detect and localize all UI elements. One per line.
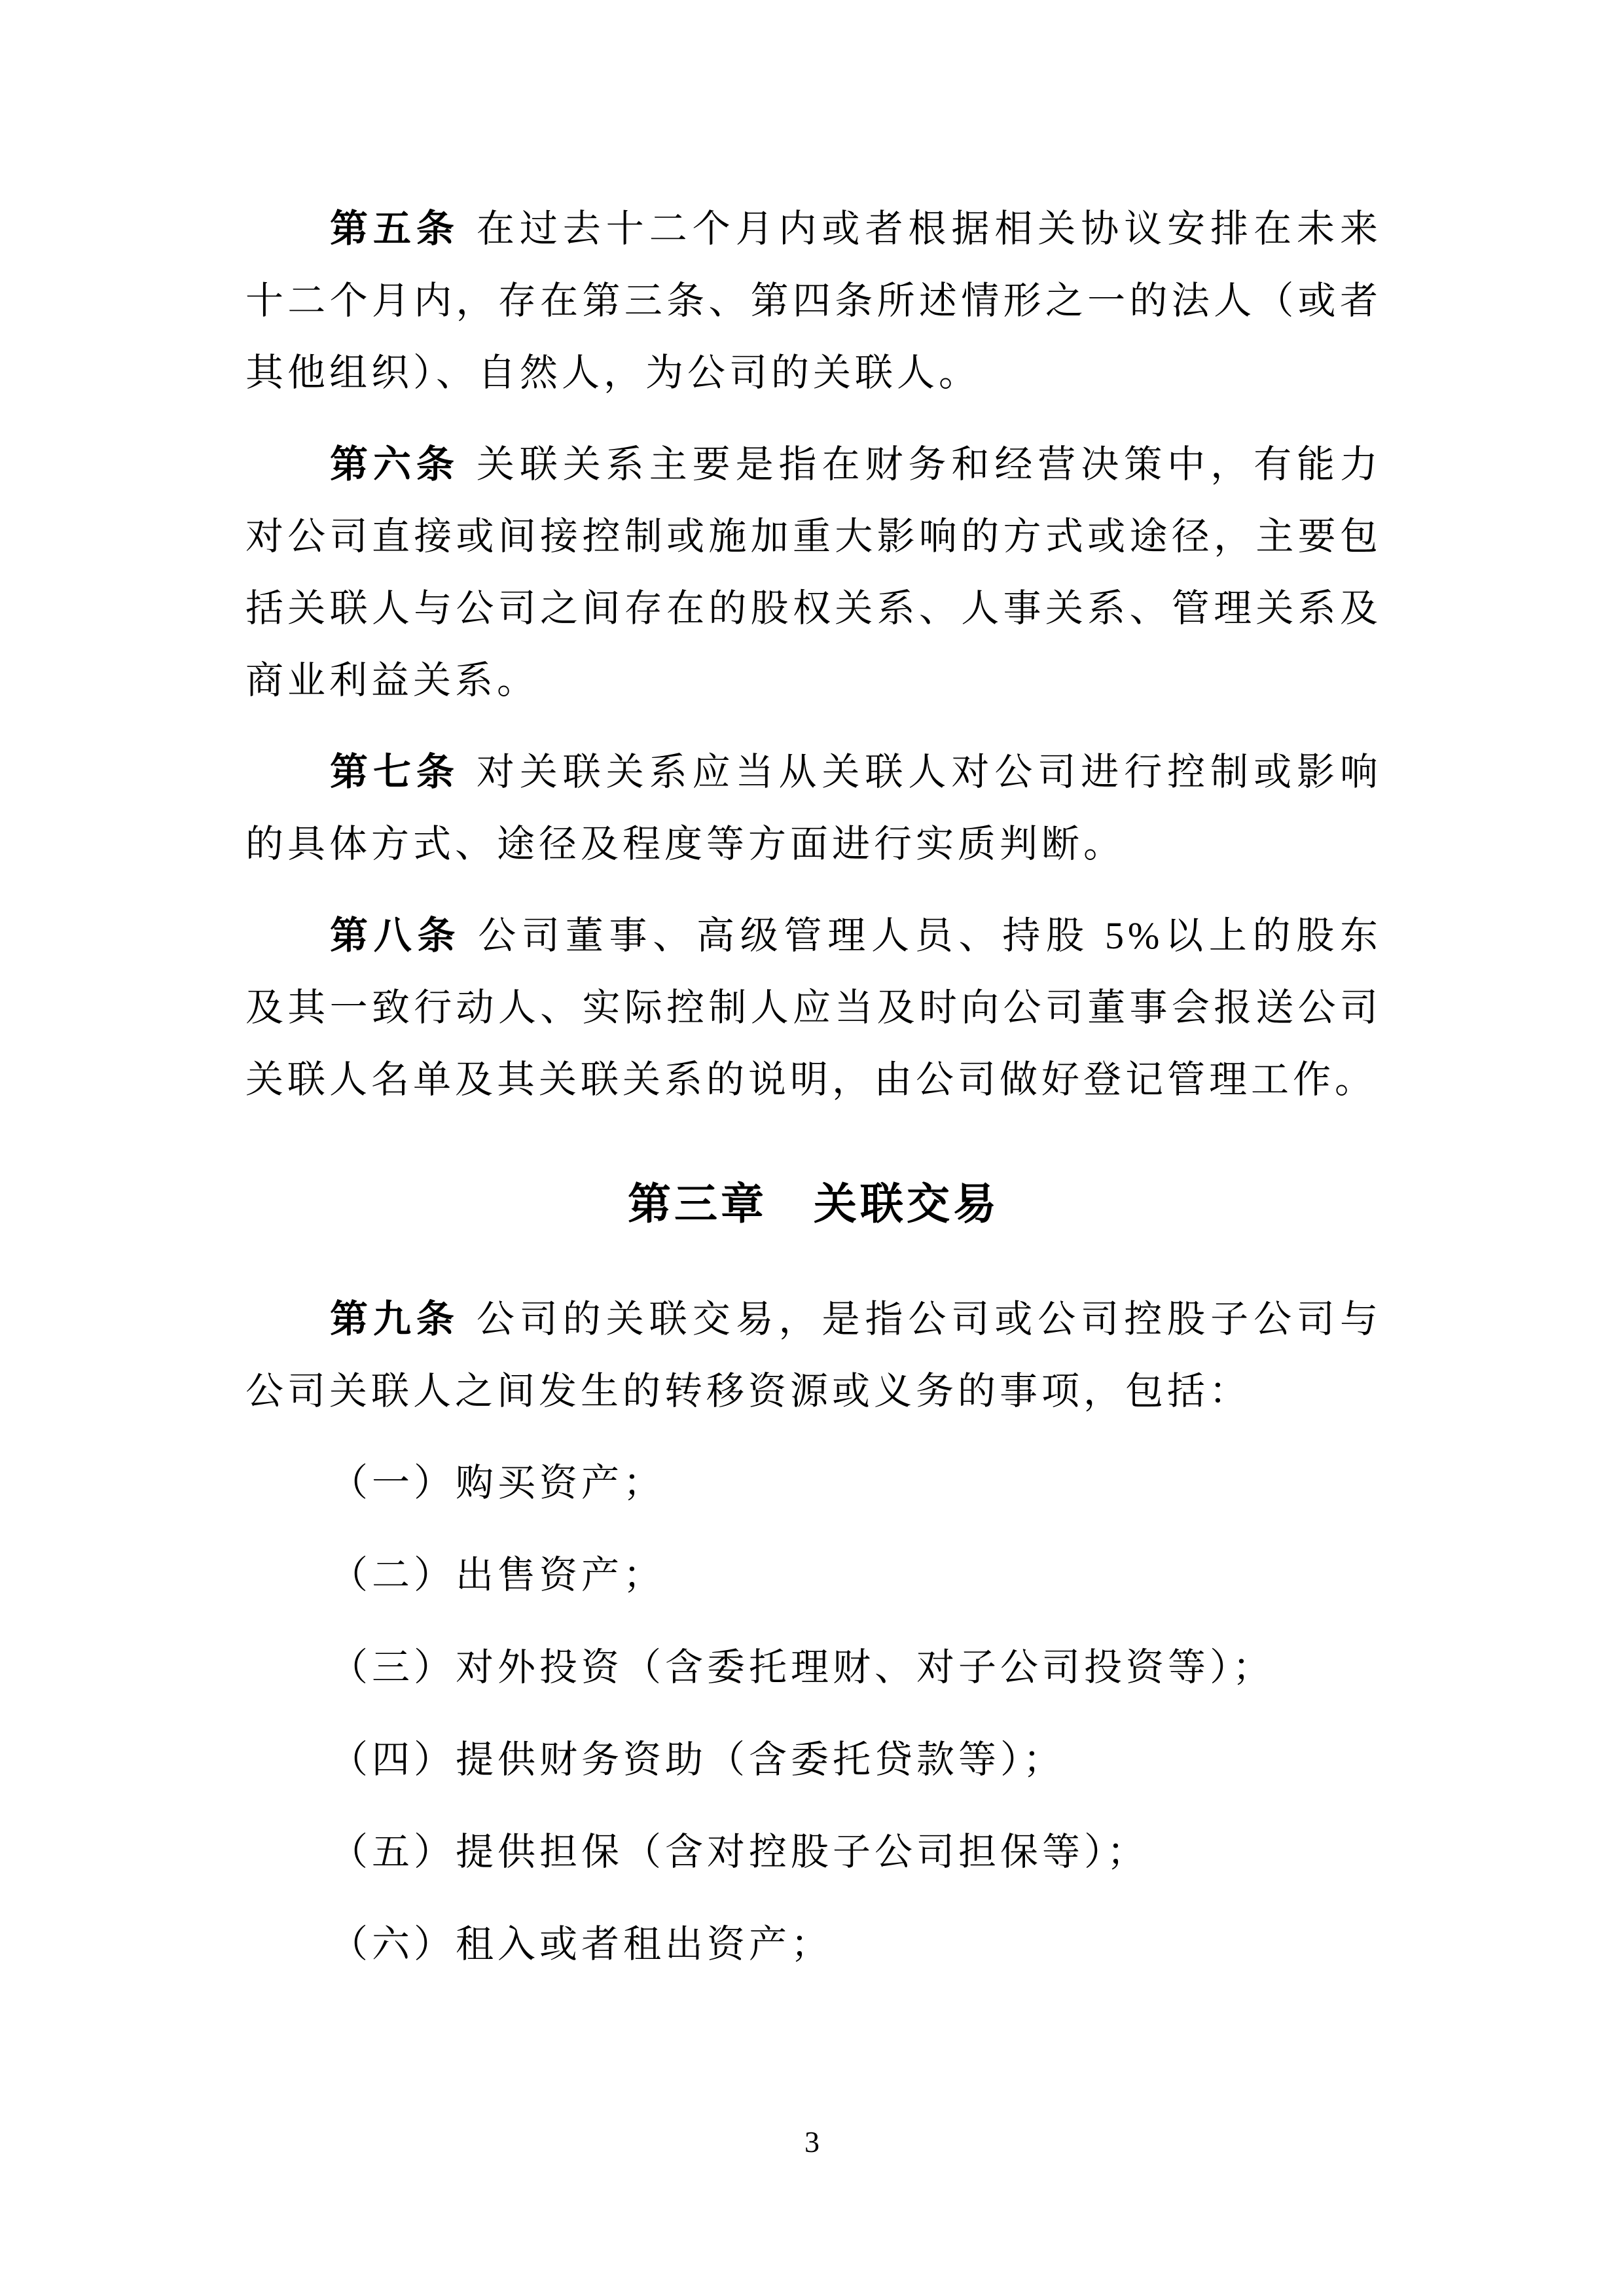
article-paragraph: 第六条关联关系主要是指在财务和经营决策中，有能力对公司直接或间接控制或施加重大影… [245, 429, 1382, 717]
list-item: （一）购买资产； [245, 1447, 1382, 1519]
list-item: （四）提供财务资助（含委托贷款等）； [245, 1724, 1382, 1796]
page-number: 3 [0, 2123, 1624, 2162]
document-page: 第五条在过去十二个月内或者根据相关协议安排在未来十二个月内，存在第三条、第四条所… [0, 0, 1624, 2296]
list-item: （五）提供担保（含对控股子公司担保等）； [245, 1816, 1382, 1888]
article-number: 第八条 [330, 914, 461, 957]
document-body: 第五条在过去十二个月内或者根据相关协议安排在未来十二个月内，存在第三条、第四条所… [245, 193, 1382, 2001]
article-number: 第九条 [330, 1298, 460, 1340]
list-item: （六）租入或者租出资产； [245, 1909, 1382, 1981]
article-paragraph: 第八条公司董事、高级管理人员、持股 5%以上的股东及其一致行动人、实际控制人应当… [245, 900, 1382, 1116]
article-number: 第七条 [330, 751, 460, 793]
list-item: （三）对外投资（含委托理财、对子公司投资等）； [245, 1632, 1382, 1704]
article-paragraph: 第七条对关联关系应当从关联人对公司进行控制或影响的具体方式、途径及程度等方面进行… [245, 736, 1382, 880]
article-paragraph: 第五条在过去十二个月内或者根据相关协议安排在未来十二个月内，存在第三条、第四条所… [245, 193, 1382, 409]
article-number: 第六条 [330, 443, 460, 486]
article-number: 第五条 [330, 207, 460, 250]
list-item: （二）出售资产； [245, 1539, 1382, 1611]
article-paragraph: 第九条公司的关联交易，是指公司或公司控股子公司与公司关联人之间发生的转移资源或义… [245, 1283, 1382, 1427]
chapter-heading: 第三章 关联交易 [245, 1166, 1382, 1244]
